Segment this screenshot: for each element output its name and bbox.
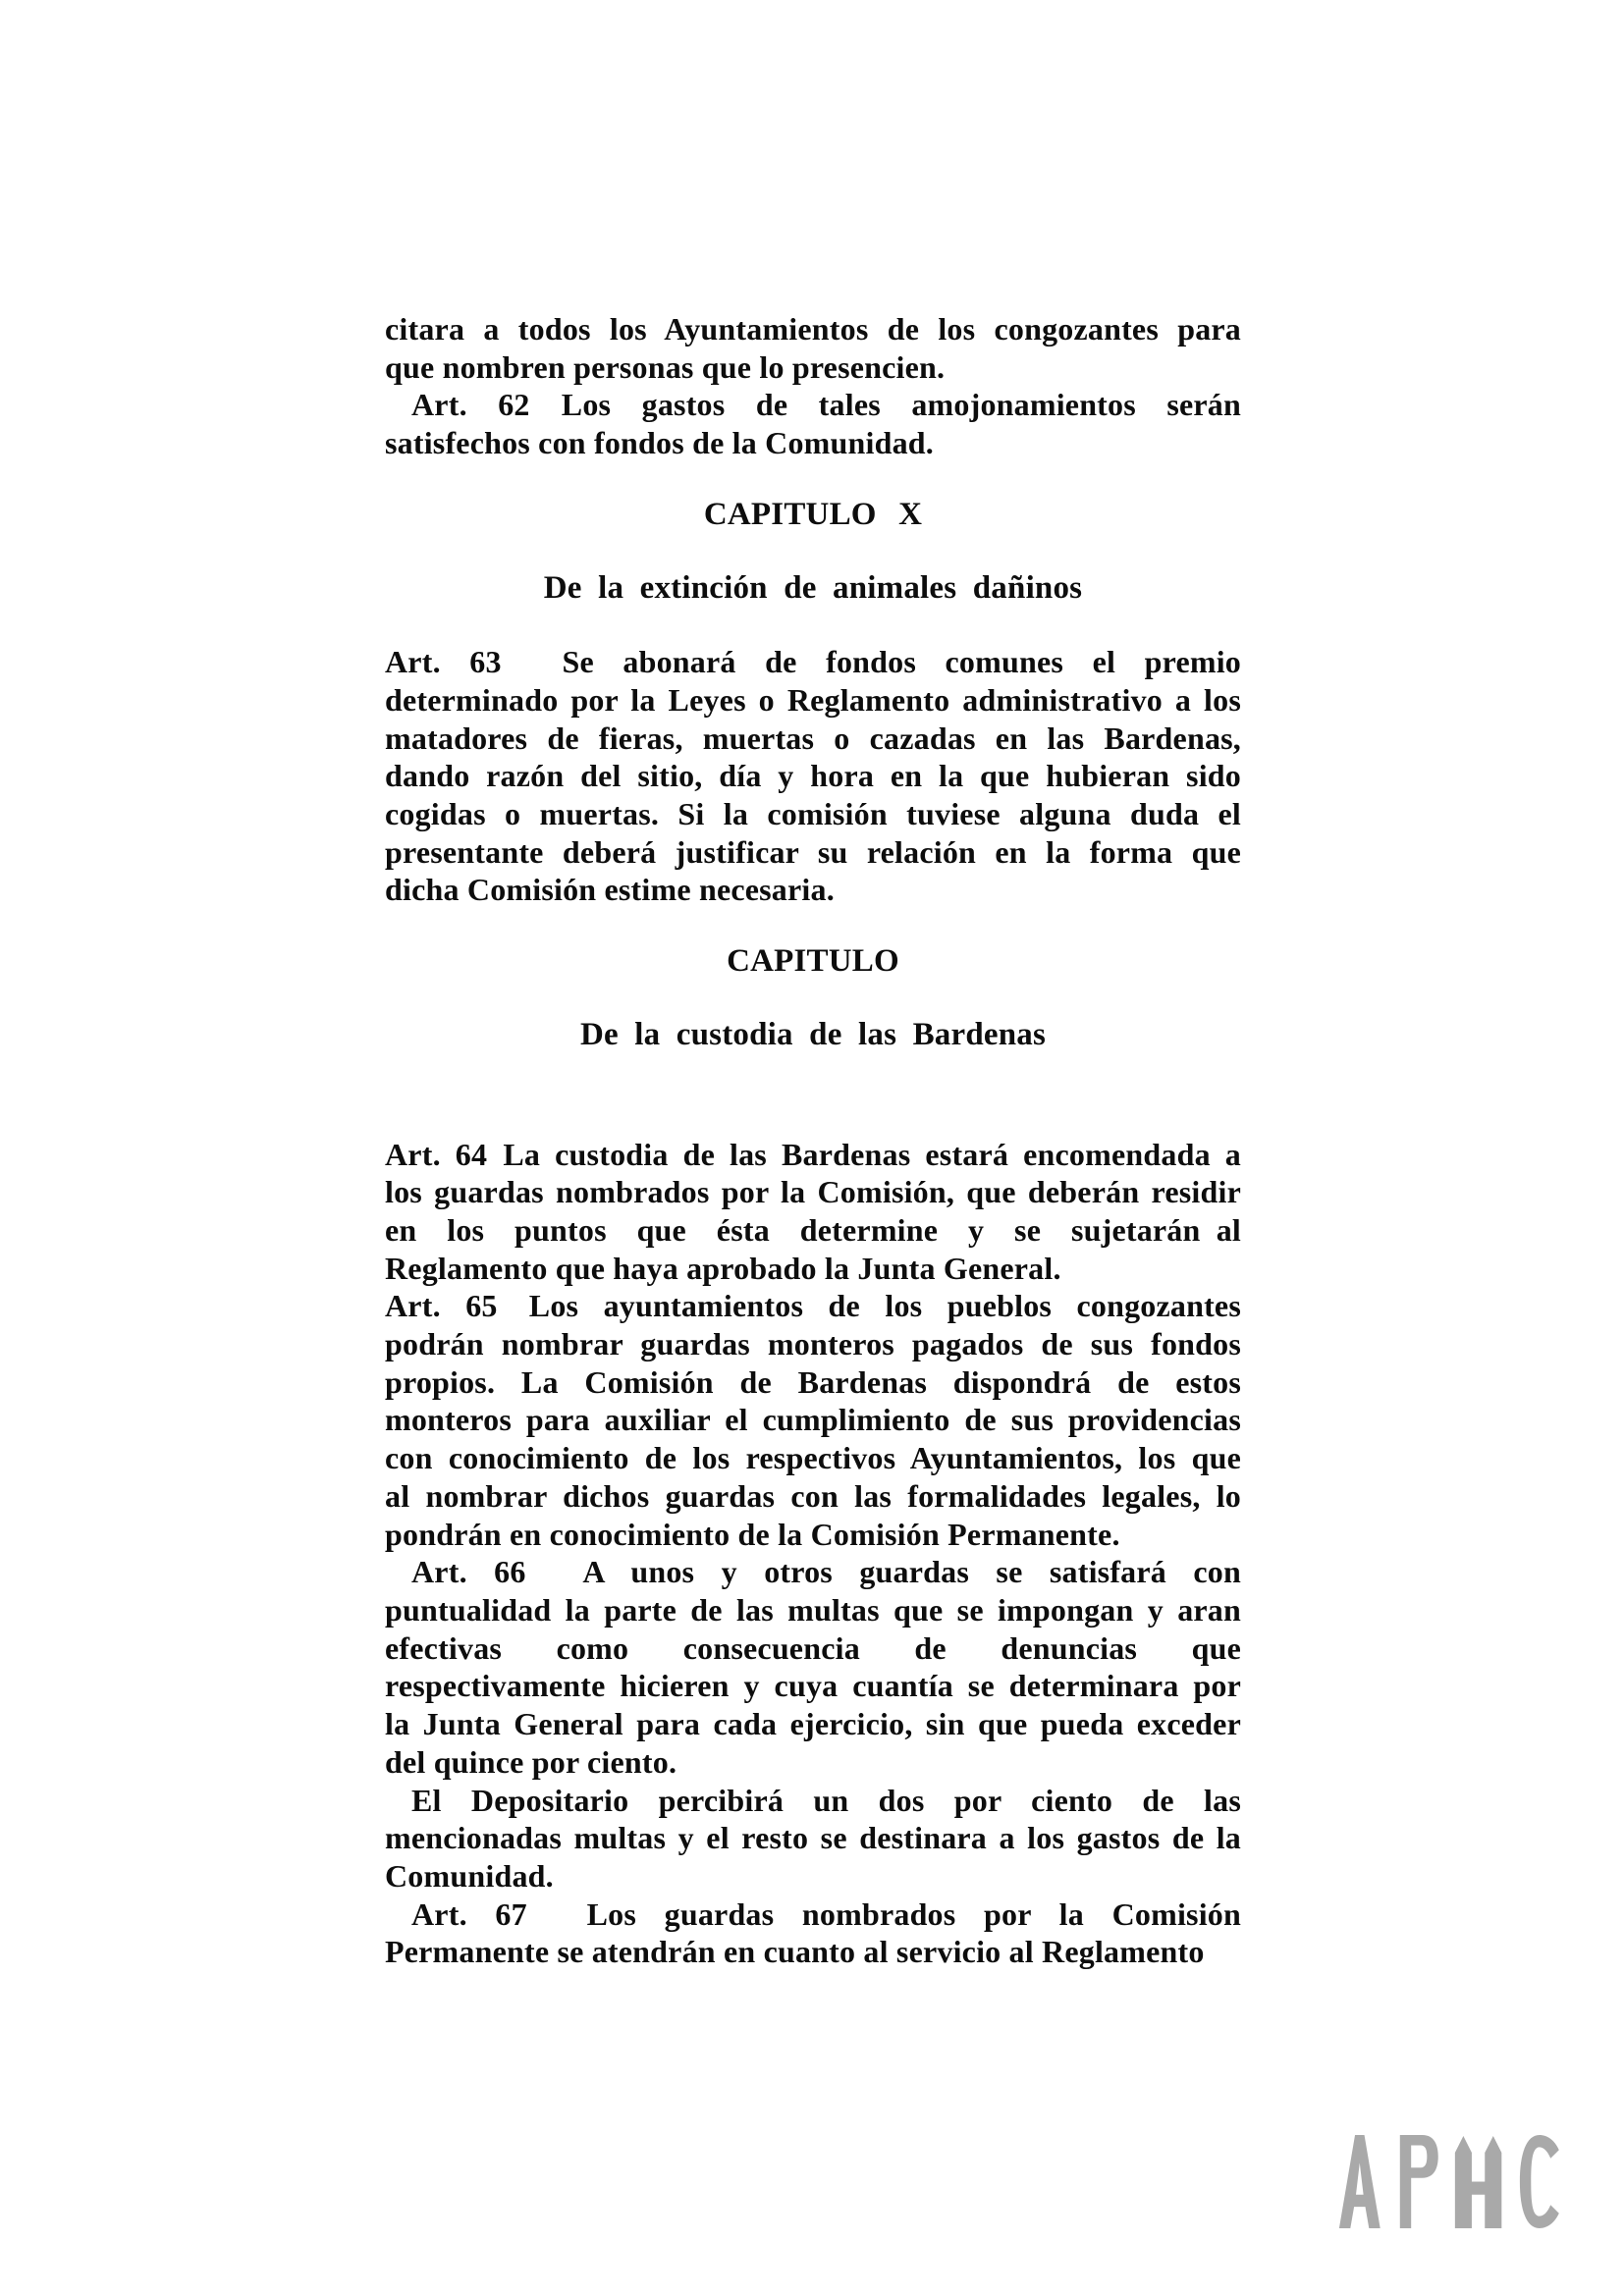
article-63-line-2: determinado por la Leyes o Reglamento ad…	[385, 681, 1241, 720]
article-63-line-7: dicha Comisión estime necesaria.	[385, 871, 1241, 909]
article-63-line-5: cogidas o muertas. Si la comisión tuvies…	[385, 795, 1241, 833]
watermark-letter-a	[1337, 2135, 1382, 2228]
article-62: Art. 62 Los gastos de tales amojonamient…	[385, 386, 1241, 461]
article-65: Art. 65 Los ayuntamientos de los pueblos…	[385, 1287, 1241, 1553]
article-62-line-1: Art. 62 Los gastos de tales amojonamient…	[385, 386, 1241, 424]
article-66-line-4: respectivamente hicieren y cuya cuantía …	[385, 1667, 1241, 1705]
article-65-line-5: con conocimiento de los respectivos Ayun…	[385, 1439, 1241, 1477]
article-63-line-4: dando razón del sitio, día y hora en la …	[385, 757, 1241, 795]
article-63: Art. 63 Se abonará de fondos comunes el …	[385, 643, 1241, 909]
chapter-subtitle: De la custodia de las Bardenas	[385, 1016, 1241, 1054]
article-65-line-6: al nombrar dichos guardas con las formal…	[385, 1477, 1241, 1516]
article-65-line-2: podrán nombrar guardas monteros pagados …	[385, 1325, 1241, 1363]
para-continuation-line-1: citara a todos los Ayuntamientos de los …	[385, 310, 1241, 348]
aphc-watermark-logo	[1337, 2135, 1565, 2228]
article-65-line-4: monteros para auxiliar el cumplimiento d…	[385, 1401, 1241, 1439]
article-64-line-4: Reglamento que haya aprobado la Junta Ge…	[385, 1250, 1241, 1288]
article-63-line-3: matadores de fieras, muertas o cazadas e…	[385, 720, 1241, 758]
article-62-line-2: satisfechos con fondos de la Comunidad.	[385, 424, 1241, 462]
para-depositario: El Depositario percibirá un dos por cien…	[385, 1782, 1241, 1896]
text-column: citara a todos los Ayuntamientos de los …	[385, 310, 1241, 1971]
article-64: Art. 64 La custodia de las Bardenas esta…	[385, 1136, 1241, 1288]
watermark-letter-p	[1396, 2135, 1439, 2228]
article-66-line-2: puntualidad la parte de las multas que s…	[385, 1591, 1241, 1629]
article-64-line-2: los guardas nombrados por la Comisión, q…	[385, 1173, 1241, 1211]
para-depositario-line-3: Comunidad.	[385, 1857, 1241, 1896]
article-66: Art. 66 A unos y otros guardas se satisf…	[385, 1553, 1241, 1781]
article-64-line-3: en los puntos que ésta determine y se su…	[385, 1211, 1241, 1250]
article-67-line-1: Art. 67 Los guardas nombrados por la Com…	[385, 1896, 1241, 1934]
article-63-line-1: Art. 63 Se abonará de fondos comunes el …	[385, 643, 1241, 681]
document-page: citara a todos los Ayuntamientos de los …	[0, 0, 1624, 2296]
watermark-letter-h-spired	[1452, 2135, 1504, 2228]
para-depositario-line-1: El Depositario percibirá un dos por cien…	[385, 1782, 1241, 1820]
article-66-line-1: Art. 66 A unos y otros guardas se satisf…	[385, 1553, 1241, 1591]
chapter-x-heading: CAPITULO X	[385, 496, 1241, 534]
para-continuation-line-2: que nombren personas que lo presencien.	[385, 348, 1241, 387]
article-67: Art. 67 Los guardas nombrados por la Com…	[385, 1896, 1241, 1971]
article-66-line-5: la Junta General para cada ejercicio, si…	[385, 1705, 1241, 1743]
article-65-line-7: pondrán en conocimiento de la Comisión P…	[385, 1516, 1241, 1554]
article-66-line-6: del quince por ciento.	[385, 1743, 1241, 1782]
article-65-line-1: Art. 65 Los ayuntamientos de los pueblos…	[385, 1287, 1241, 1325]
article-66-line-3: efectivas como consecuencia de denuncias…	[385, 1629, 1241, 1668]
article-64-line-1: Art. 64 La custodia de las Bardenas esta…	[385, 1136, 1241, 1174]
article-67-line-2: Permanente se atendrán en cuanto al serv…	[385, 1933, 1241, 1971]
article-63-line-6: presentante deberá justificar su relació…	[385, 833, 1241, 872]
article-65-line-3: propios. La Comisión de Bardenas dispond…	[385, 1363, 1241, 1402]
para-depositario-line-2: mencionadas multas y el resto se destina…	[385, 1819, 1241, 1857]
watermark-letter-c	[1518, 2135, 1561, 2228]
chapter-heading: CAPITULO	[385, 942, 1241, 981]
para-continuation: citara a todos los Ayuntamientos de los …	[385, 310, 1241, 386]
chapter-x-subtitle: De la extinción de animales dañinos	[385, 569, 1241, 608]
